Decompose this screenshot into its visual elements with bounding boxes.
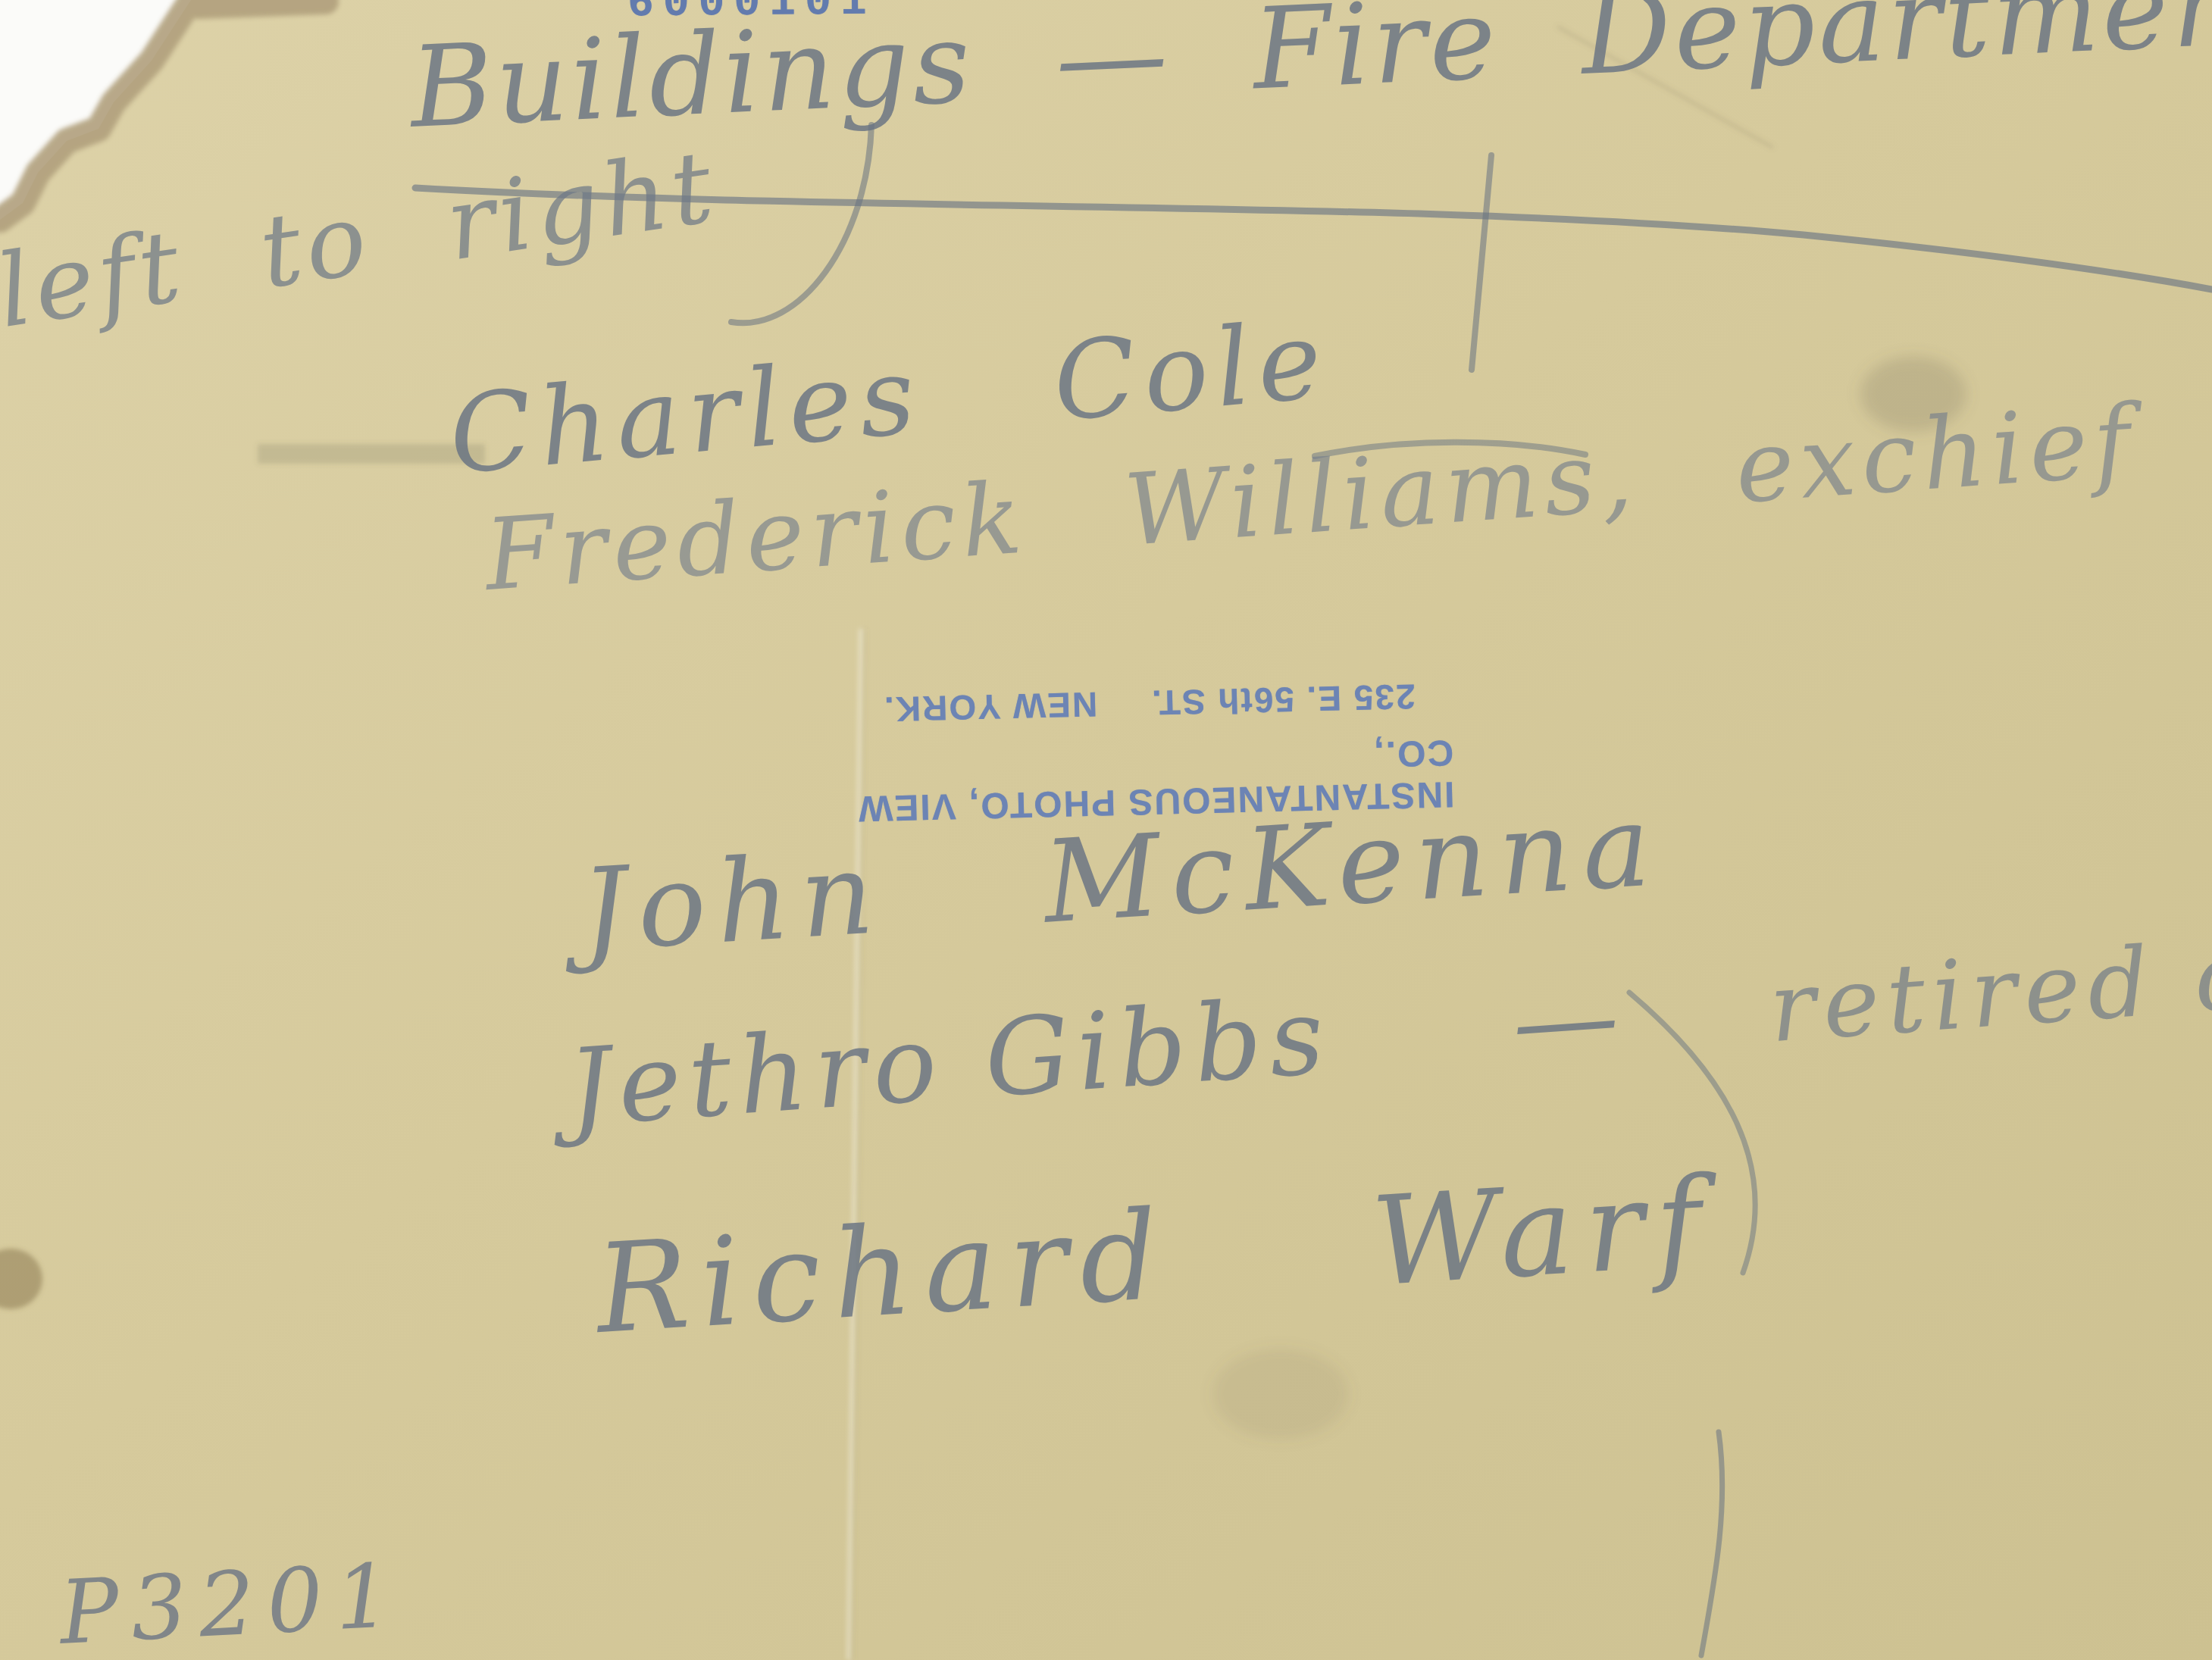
stamp-city: NEW YORK.: [883, 684, 1098, 730]
photo-back-scan: 6000101 Buildings — Fire Department, lef…: [0, 0, 2212, 1660]
stamp-address: 235 E. 56th ST.: [1150, 676, 1416, 724]
catalog-number: P3201: [58, 1552, 405, 1658]
stamp-address-line: 235 E. 56th ST. NEW YORK.: [883, 676, 1416, 730]
stain: [1212, 1349, 1349, 1440]
jethro-dash: —: [1509, 963, 1629, 1077]
